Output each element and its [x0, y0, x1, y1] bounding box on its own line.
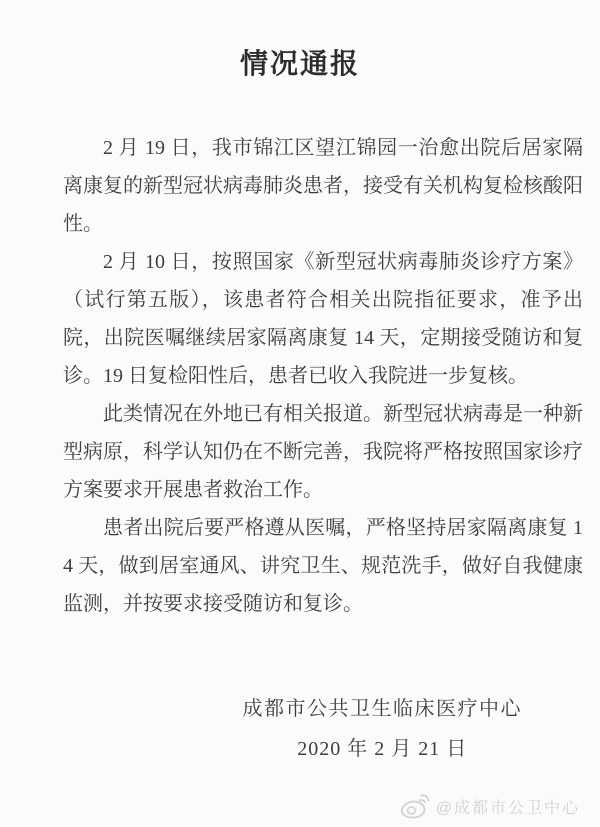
document-title: 情况通报 — [0, 47, 600, 83]
notice-document: 情况通报 2 月 19 日，我市锦江区望江锦园一治愈出院后居家隔离康复的新型冠状… — [0, 0, 600, 827]
paragraph-4: 患者出院后要严格遵从医嘱，严格坚持居家隔离康复 14 天，做到居室通风、讲究卫生… — [63, 509, 583, 623]
signature-organization: 成都市公共卫生临床医疗中心 — [243, 689, 523, 729]
weibo-icon — [400, 793, 430, 819]
signature-block: 成都市公共卫生临床医疗中心 2020 年 2 月 21 日 — [243, 689, 523, 769]
paragraph-1: 2 月 19 日，我市锦江区望江锦园一治愈出院后居家隔离康复的新型冠状病毒肺炎患… — [63, 129, 583, 243]
paragraph-2: 2 月 10 日，按照国家《新型冠状病毒肺炎诊疗方案》（试行第五版），该患者符合… — [63, 243, 583, 395]
document-body: 2 月 19 日，我市锦江区望江锦园一治愈出院后居家隔离康复的新型冠状病毒肺炎患… — [63, 129, 583, 623]
signature-date: 2020 年 2 月 21 日 — [243, 729, 523, 769]
weibo-watermark: @成都市公卫中心 — [400, 793, 580, 819]
paragraph-3: 此类情况在外地已有相关报道。新型冠状病毒是一种新型病原，科学认知仍在不断完善，我… — [63, 395, 583, 509]
watermark-text: @成都市公卫中心 — [436, 795, 580, 818]
